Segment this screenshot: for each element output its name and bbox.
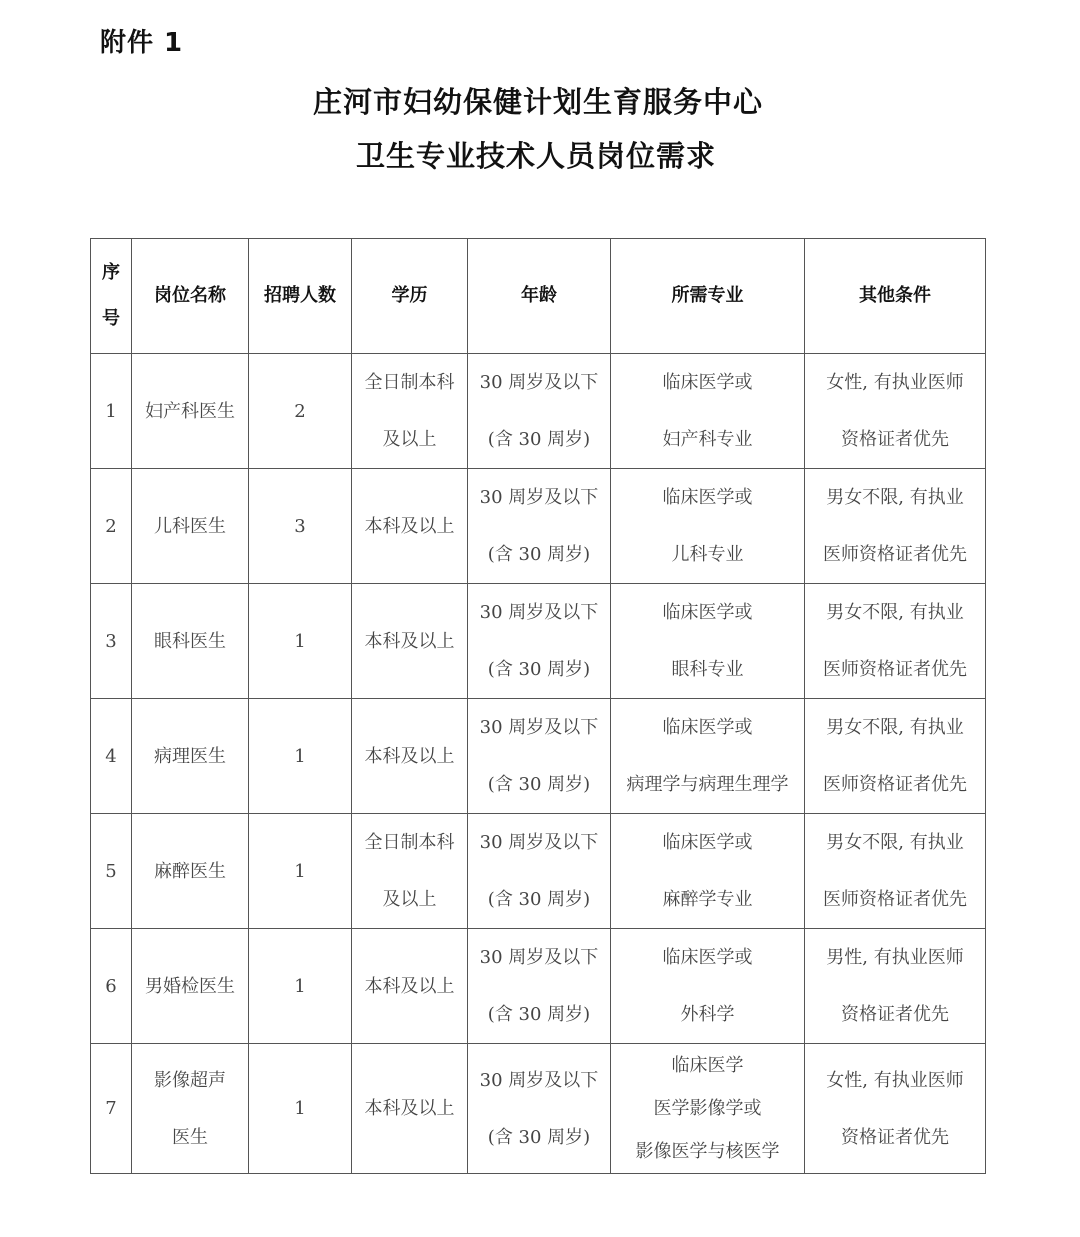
cell-line: 临床医学或 <box>611 814 804 871</box>
cell-line: 医学影像学或 <box>611 1087 804 1130</box>
cell-line: 临床医学或 <box>611 929 804 986</box>
cell-position: 妇产科医生 <box>132 354 249 469</box>
cell-position: 影像超声医生 <box>132 1044 249 1174</box>
cell-line: 麻醉学专业 <box>611 871 804 928</box>
header-major: 所需专业 <box>611 239 805 354</box>
header-education: 学历 <box>352 239 468 354</box>
cell-line: 30 周岁及以下 <box>468 699 610 756</box>
cell-line: 全日制本科 <box>352 814 467 871</box>
cell-line: 资格证者优先 <box>805 986 985 1043</box>
cell-seq: 5 <box>91 814 132 929</box>
cell-line: 外科学 <box>611 986 804 1043</box>
cell-line: (含 30 周岁) <box>468 756 610 813</box>
table-row: 3眼科医生1本科及以上30 周岁及以下(含 30 周岁)临床医学或眼科专业男女不… <box>91 584 986 699</box>
table-row: 7影像超声医生1本科及以上30 周岁及以下(含 30 周岁)临床医学医学影像学或… <box>91 1044 986 1174</box>
cell-line: 30 周岁及以下 <box>468 584 610 641</box>
cell-line: 影像超声 <box>132 1052 248 1109</box>
table-row: 5麻醉医生1全日制本科及以上30 周岁及以下(含 30 周岁)临床医学或麻醉学专… <box>91 814 986 929</box>
table-row: 1妇产科医生2全日制本科及以上30 周岁及以下(含 30 周岁)临床医学或妇产科… <box>91 354 986 469</box>
cell-line: (含 30 周岁) <box>468 986 610 1043</box>
cell-line: 儿科医生 <box>132 498 248 555</box>
cell-seq: 6 <box>91 929 132 1044</box>
cell-age: 30 周岁及以下(含 30 周岁) <box>468 699 611 814</box>
cell-line: 30 周岁及以下 <box>468 929 610 986</box>
cell-education: 本科及以上 <box>352 929 468 1044</box>
cell-age: 30 周岁及以下(含 30 周岁) <box>468 1044 611 1174</box>
header-count: 招聘人数 <box>249 239 352 354</box>
cell-age: 30 周岁及以下(含 30 周岁) <box>468 469 611 584</box>
cell-seq: 3 <box>91 584 132 699</box>
cell-line: 男女不限, 有执业 <box>805 699 985 756</box>
cell-line: 本科及以上 <box>352 613 467 670</box>
cell-education: 本科及以上 <box>352 469 468 584</box>
header-seq: 序 号 <box>91 239 132 354</box>
cell-line: 医师资格证者优先 <box>805 756 985 813</box>
cell-other: 男性, 有执业医师资格证者优先 <box>805 929 986 1044</box>
cell-education: 本科及以上 <box>352 584 468 699</box>
cell-line: 30 周岁及以下 <box>468 814 610 871</box>
cell-line: (含 30 周岁) <box>468 411 610 468</box>
cell-count: 1 <box>249 699 352 814</box>
cell-seq: 2 <box>91 469 132 584</box>
cell-position: 男婚检医生 <box>132 929 249 1044</box>
cell-line: 儿科专业 <box>611 526 804 583</box>
cell-line: 本科及以上 <box>352 958 467 1015</box>
cell-line: 男女不限, 有执业 <box>805 814 985 871</box>
cell-seq: 4 <box>91 699 132 814</box>
cell-line: 临床医学或 <box>611 354 804 411</box>
cell-count: 1 <box>249 584 352 699</box>
cell-line: 眼科医生 <box>132 613 248 670</box>
cell-position: 眼科医生 <box>132 584 249 699</box>
cell-age: 30 周岁及以下(含 30 周岁) <box>468 584 611 699</box>
cell-age: 30 周岁及以下(含 30 周岁) <box>468 354 611 469</box>
cell-line: 病理学与病理生理学 <box>611 756 804 813</box>
cell-line: 临床医学或 <box>611 584 804 641</box>
cell-line: (含 30 周岁) <box>468 1109 610 1166</box>
cell-line: 病理医生 <box>132 728 248 785</box>
cell-other: 女性, 有执业医师资格证者优先 <box>805 354 986 469</box>
cell-line: 男婚检医生 <box>132 958 248 1015</box>
cell-line: 本科及以上 <box>352 1080 467 1137</box>
table-row: 2儿科医生3本科及以上30 周岁及以下(含 30 周岁)临床医学或儿科专业男女不… <box>91 469 986 584</box>
cell-line: 全日制本科 <box>352 354 467 411</box>
cell-line: 医师资格证者优先 <box>805 641 985 698</box>
cell-major: 临床医学或眼科专业 <box>611 584 805 699</box>
cell-line: 临床医学或 <box>611 699 804 756</box>
cell-major: 临床医学医学影像学或影像医学与核医学 <box>611 1044 805 1174</box>
cell-education: 全日制本科及以上 <box>352 354 468 469</box>
cell-seq: 7 <box>91 1044 132 1174</box>
cell-line: (含 30 周岁) <box>468 526 610 583</box>
table-header-row: 序 号 岗位名称 招聘人数 学历 年龄 所需专业 其他条件 <box>91 239 986 354</box>
cell-line: 眼科专业 <box>611 641 804 698</box>
cell-count: 1 <box>249 929 352 1044</box>
cell-other: 男女不限, 有执业医师资格证者优先 <box>805 814 986 929</box>
cell-line: 本科及以上 <box>352 728 467 785</box>
attachment-label: 附件 1 <box>100 22 183 59</box>
table-row: 4病理医生1本科及以上30 周岁及以下(含 30 周岁)临床医学或病理学与病理生… <box>91 699 986 814</box>
cell-line: 临床医学或 <box>611 469 804 526</box>
cell-line: 女性, 有执业医师 <box>805 1052 985 1109</box>
cell-other: 男女不限, 有执业医师资格证者优先 <box>805 699 986 814</box>
cell-count: 1 <box>249 814 352 929</box>
document-title-line1: 庄河市妇幼保健计划生育服务中心 <box>0 80 1078 121</box>
cell-line: 30 周岁及以下 <box>468 469 610 526</box>
cell-line: (含 30 周岁) <box>468 871 610 928</box>
cell-line: 30 周岁及以下 <box>468 1052 610 1109</box>
cell-major: 临床医学或病理学与病理生理学 <box>611 699 805 814</box>
cell-line: 资格证者优先 <box>805 1109 985 1166</box>
cell-other: 女性, 有执业医师资格证者优先 <box>805 1044 986 1174</box>
cell-major: 临床医学或妇产科专业 <box>611 354 805 469</box>
document-title-line2: 卫生专业技术人员岗位需求 <box>0 134 1076 175</box>
cell-other: 男女不限, 有执业医师资格证者优先 <box>805 469 986 584</box>
cell-education: 本科及以上 <box>352 1044 468 1174</box>
job-requirements-table: 序 号 岗位名称 招聘人数 学历 年龄 所需专业 其他条件 1妇产科医生2全日制… <box>90 238 986 1174</box>
cell-age: 30 周岁及以下(含 30 周岁) <box>468 814 611 929</box>
cell-line: 医生 <box>132 1109 248 1166</box>
cell-position: 儿科医生 <box>132 469 249 584</box>
cell-major: 临床医学或儿科专业 <box>611 469 805 584</box>
cell-major: 临床医学或外科学 <box>611 929 805 1044</box>
cell-major: 临床医学或麻醉学专业 <box>611 814 805 929</box>
cell-other: 男女不限, 有执业医师资格证者优先 <box>805 584 986 699</box>
cell-line: 男性, 有执业医师 <box>805 929 985 986</box>
header-other: 其他条件 <box>805 239 986 354</box>
cell-line: 女性, 有执业医师 <box>805 354 985 411</box>
cell-line: 妇产科专业 <box>611 411 804 468</box>
cell-seq: 1 <box>91 354 132 469</box>
cell-line: 麻醉医生 <box>132 843 248 900</box>
header-age: 年龄 <box>468 239 611 354</box>
cell-line: 及以上 <box>352 871 467 928</box>
cell-position: 病理医生 <box>132 699 249 814</box>
cell-line: 本科及以上 <box>352 498 467 555</box>
cell-position: 麻醉医生 <box>132 814 249 929</box>
cell-line: 临床医学 <box>611 1044 804 1087</box>
cell-education: 本科及以上 <box>352 699 468 814</box>
cell-line: 影像医学与核医学 <box>611 1130 804 1173</box>
cell-line: 男女不限, 有执业 <box>805 584 985 641</box>
cell-education: 全日制本科及以上 <box>352 814 468 929</box>
cell-line: 男女不限, 有执业 <box>805 469 985 526</box>
cell-line: 资格证者优先 <box>805 411 985 468</box>
cell-line: 30 周岁及以下 <box>468 354 610 411</box>
table-row: 6男婚检医生1本科及以上30 周岁及以下(含 30 周岁)临床医学或外科学男性,… <box>91 929 986 1044</box>
header-position: 岗位名称 <box>132 239 249 354</box>
cell-line: 妇产科医生 <box>132 383 248 440</box>
cell-age: 30 周岁及以下(含 30 周岁) <box>468 929 611 1044</box>
cell-count: 1 <box>249 1044 352 1174</box>
cell-count: 3 <box>249 469 352 584</box>
cell-line: 及以上 <box>352 411 467 468</box>
cell-count: 2 <box>249 354 352 469</box>
cell-line: 医师资格证者优先 <box>805 526 985 583</box>
cell-line: 医师资格证者优先 <box>805 871 985 928</box>
cell-line: (含 30 周岁) <box>468 641 610 698</box>
